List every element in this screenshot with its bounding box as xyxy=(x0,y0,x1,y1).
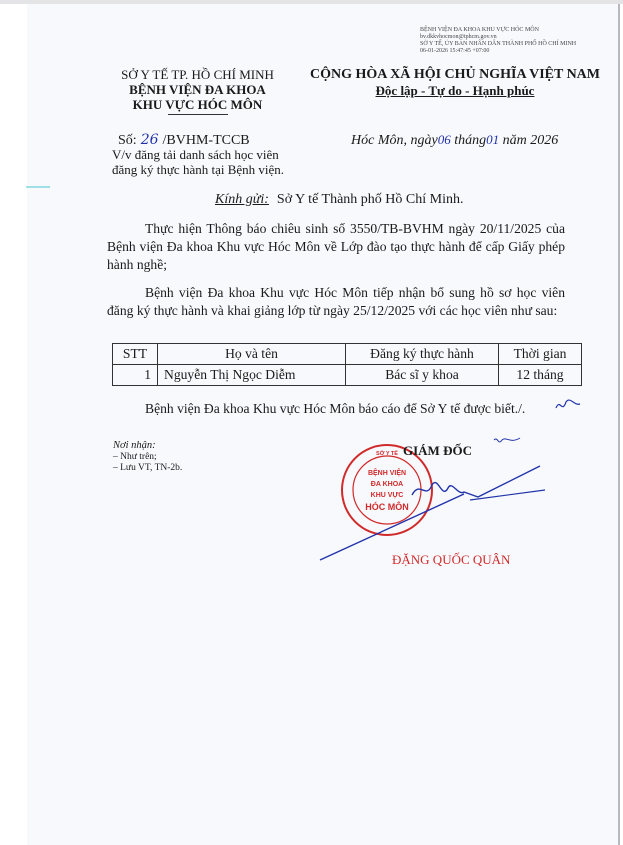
date-year: năm 2026 xyxy=(503,133,559,148)
signature-org: BỆNH VIỆN ĐA KHOA KHU VỰC HÓC MÔN xyxy=(420,27,576,34)
agency-name: BỆNH VIỆN ĐA KHOA xyxy=(90,82,305,97)
agency-name-line2: KHU VỰC HÓC MÔN xyxy=(90,97,305,112)
issue-date: Hóc Môn, ngày06 tháng01 năm 2026 xyxy=(351,132,558,149)
signer-title: GIÁM ĐỐC xyxy=(403,443,472,459)
divider xyxy=(168,114,228,115)
country-name: CỘNG HÒA XÃ HỘI CHỦ NGHĨA VIỆT NAM xyxy=(300,67,610,83)
date-month-label: tháng xyxy=(454,133,486,148)
body-paragraph: Bệnh viện Đa khoa Khu vực Hóc Môn tiếp n… xyxy=(107,284,565,320)
recipient-value: Sở Y tế Thành phố Hồ Chí Minh. xyxy=(277,192,464,207)
recipient-line: Kính gửi:Sở Y tế Thành phố Hồ Chí Minh. xyxy=(215,192,463,208)
date-place: Hóc Môn, ngày xyxy=(351,133,438,148)
cell-duration: 12 tháng xyxy=(499,365,582,386)
subject-line: V/v đăng tải danh sách học viên xyxy=(112,147,284,162)
page-marker xyxy=(26,186,50,188)
subject: V/v đăng tải danh sách học viên đăng ký … xyxy=(112,147,284,177)
signature-timestamp: 06-01-2026 15:47:45 +07:00 xyxy=(420,48,576,55)
recipients-title: Nơi nhận: xyxy=(113,440,182,452)
issuing-agency: SỞ Y TẾ TP. HỒ CHÍ MINH BỆNH VIỆN ĐA KHO… xyxy=(90,67,305,115)
recipient-item: – Như trên; xyxy=(113,452,182,464)
date-month: 01 xyxy=(486,132,499,147)
header-name: Họ và tên xyxy=(158,344,346,365)
signer-name: ĐẶNG QUỐC QUÂN xyxy=(392,552,510,568)
header-registration: Đăng ký thực hành xyxy=(346,344,499,365)
agency-parent: SỞ Y TẾ TP. HỒ CHÍ MINH xyxy=(90,67,305,82)
signature-email: bv.dkkvhocmon@tphcm.gov.vn xyxy=(420,34,576,41)
closing-sentence: Bệnh viện Đa khoa Khu vực Hóc Môn báo cá… xyxy=(145,401,525,417)
cell-stt: 1 xyxy=(113,365,158,386)
paragraph-text: Thực hiện Thông báo chiêu sinh số 3550/T… xyxy=(107,221,565,272)
document-page xyxy=(27,4,620,845)
subject-line: đăng ký thực hành tại Bệnh viện. xyxy=(112,162,284,177)
date-day: 06 xyxy=(438,132,451,147)
header-stt: STT xyxy=(113,344,158,365)
table-row: 1 Nguyễn Thị Ngọc Diễm Bác sĩ y khoa 12 … xyxy=(113,365,582,386)
digital-signature-info: BỆNH VIỆN ĐA KHOA KHU VỰC HÓC MÔN bv.dkk… xyxy=(420,27,576,55)
registrant-table: STT Họ và tên Đăng ký thực hành Thời gia… xyxy=(112,343,582,386)
cell-registration: Bác sĩ y khoa xyxy=(346,365,499,386)
table-header-row: STT Họ và tên Đăng ký thực hành Thời gia… xyxy=(113,344,582,365)
doc-number-label: Số: xyxy=(118,133,137,148)
cell-name: Nguyễn Thị Ngọc Diễm xyxy=(158,365,346,386)
recipient-label: Kính gửi: xyxy=(215,192,269,207)
paragraph-text: Bệnh viện Đa khoa Khu vực Hóc Môn tiếp n… xyxy=(107,285,565,318)
signature-authority: SỞ Y TẾ, ỦY BAN NHÂN DÂN THÀNH PHỐ HỒ CH… xyxy=(420,41,576,48)
national-motto: Độc lập - Tự do - Hạnh phúc xyxy=(300,83,610,99)
recipient-item: – Lưu VT, TN-2b. xyxy=(113,463,182,475)
recipients-list: Nơi nhận: – Như trên; – Lưu VT, TN-2b. xyxy=(113,440,182,475)
national-header: CỘNG HÒA XÃ HỘI CHỦ NGHĨA VIỆT NAM Độc l… xyxy=(300,67,610,99)
header-duration: Thời gian xyxy=(499,344,582,365)
doc-number-handwritten: 26 xyxy=(141,132,159,148)
doc-number-suffix: /BVHM-TCCB xyxy=(163,133,250,148)
body-paragraph: Thực hiện Thông báo chiêu sinh số 3550/T… xyxy=(107,220,565,274)
